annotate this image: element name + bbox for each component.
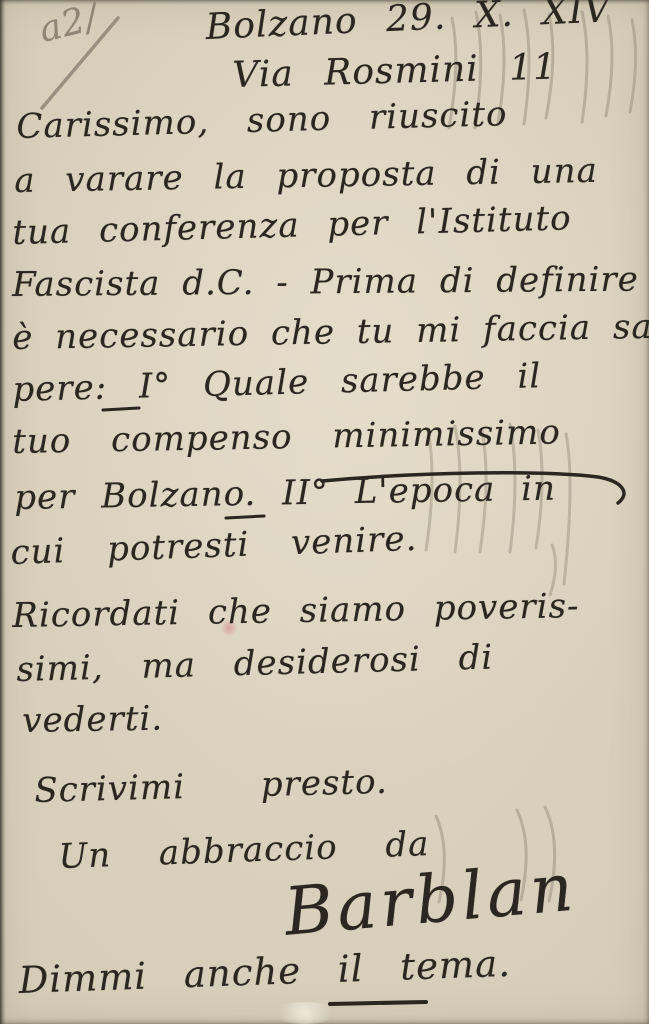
body-line-12: vederti. (22, 702, 163, 738)
body-line-2: a varare la proposta di una (14, 154, 598, 198)
address-line: Via Rosmini 11 (232, 50, 557, 94)
underline-ii (226, 516, 264, 518)
body-line-11: simi, ma desiderosi di (16, 641, 494, 687)
body-line-5: è necessario che tu mi faccia sa- (12, 310, 649, 355)
body-line-9: cui potresti venire. (10, 522, 418, 570)
dateline: Bolzano 29. X. XIV (205, 0, 612, 46)
underline-i (103, 408, 139, 410)
body-line-10: Ricordati che siamo poveris- (12, 589, 580, 633)
body-line-1: Carissimo, sono riuscito (16, 97, 508, 144)
body-line-8: per Bolzano. II° L'epoca in (14, 472, 556, 515)
body-line-4: Fascista d.C. - Prima di definire (12, 263, 639, 302)
archival-mark: a2/ (36, 0, 102, 49)
body-line-6: pere: I° Quale sarebbe il (12, 359, 542, 407)
manuscript-page: a2/ Bolzano 29. X. XIV Via Rosmini 11 Ca… (0, 0, 649, 1024)
paper-smudge (270, 1002, 340, 1024)
body-line-3: tua conferenza per l'Istituto (12, 201, 572, 250)
body-line-13: Scrivimi presto. (34, 765, 388, 808)
body-line-7: tuo compenso minimissimo (12, 415, 561, 459)
postscript: Dimmi anche il tema. (18, 945, 511, 999)
signature: Barblan (282, 854, 579, 945)
underline-tema (330, 1002, 426, 1004)
